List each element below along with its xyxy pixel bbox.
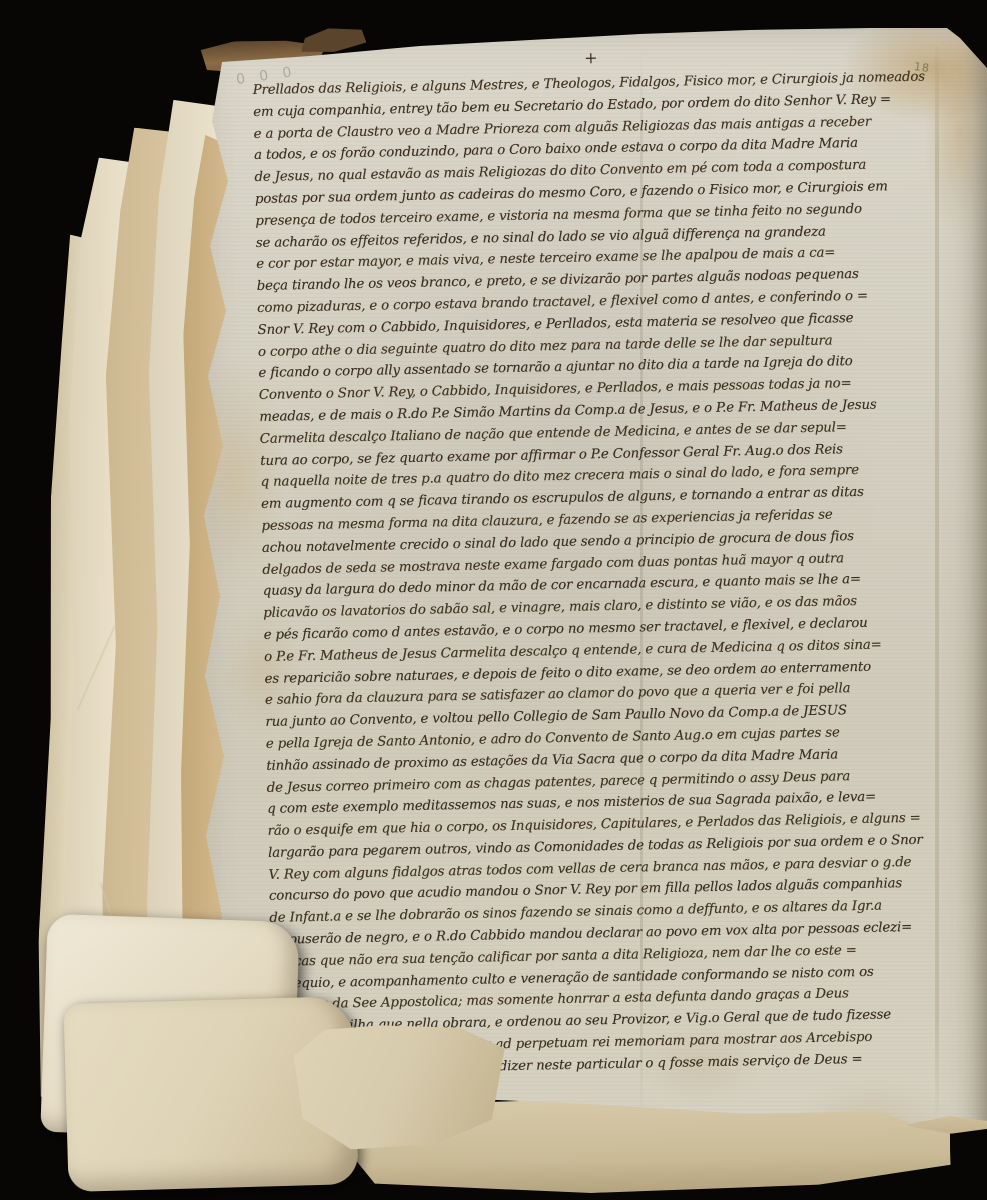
- binding-top-tab-small: [299, 25, 367, 56]
- manuscript-text: + Prellados das Religiois, e alguns Mest…: [252, 41, 941, 1083]
- manuscript-page: 18 0 0 0 + Prellados das Religiois, e al…: [190, 16, 987, 1166]
- manuscript-lines: Prellados das Religiois, e alguns Mestre…: [253, 67, 941, 1083]
- photo-background: 18 0 0 0 + Prellados das Religiois, e al…: [0, 0, 987, 1200]
